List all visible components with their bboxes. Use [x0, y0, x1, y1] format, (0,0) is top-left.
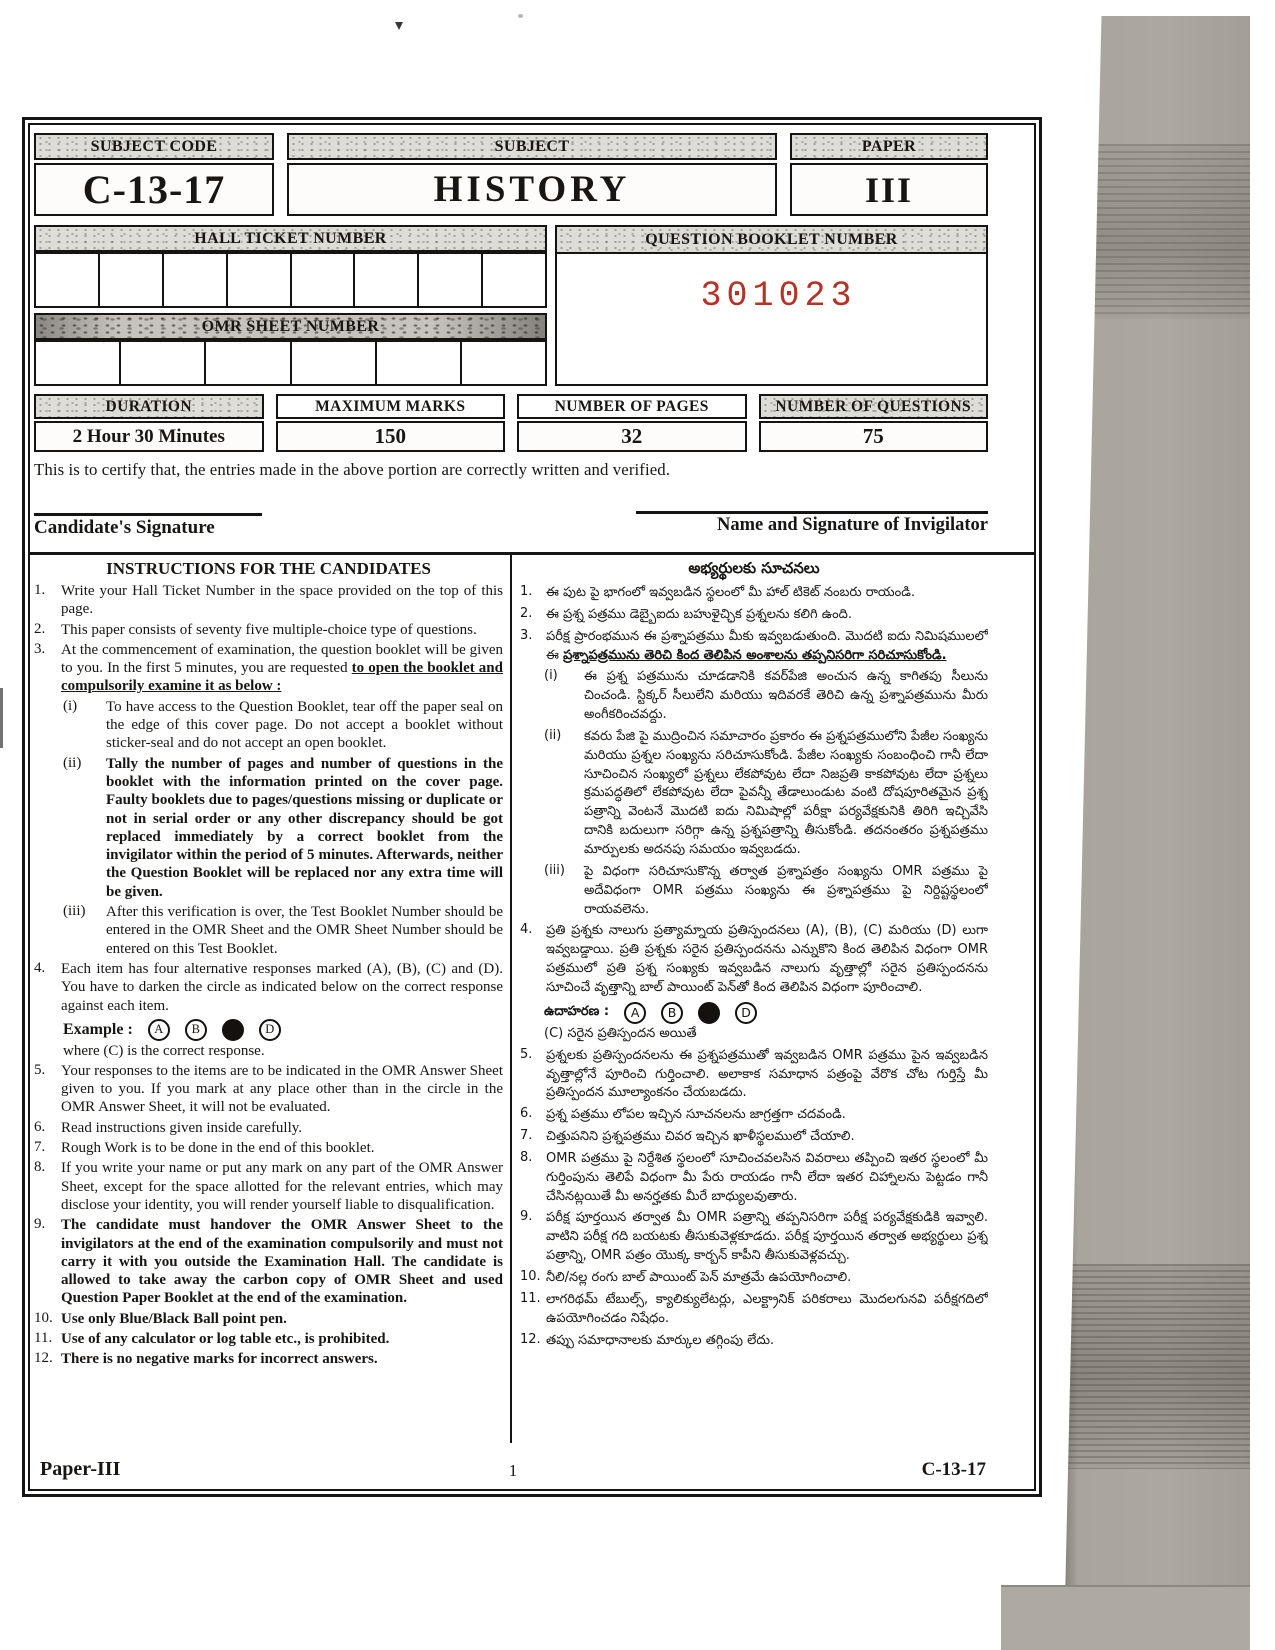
hall-ticket-cells — [34, 252, 547, 308]
instruction-text: పరీక్ష ప్రారంభమున ఈ ప్రశ్నాపత్రము మీకు ఇ… — [546, 628, 988, 666]
instruction-text: Your responses to the items are to be in… — [61, 1062, 503, 1117]
question-booklet-column: QUESTION BOOKLET NUMBER 301023 — [555, 225, 988, 386]
invigilator-signature-label: Name and Signature of Invigilator — [717, 515, 988, 536]
meta-value: 32 — [517, 421, 747, 452]
omr-sheet-cell — [206, 342, 291, 384]
instruction-number: 2. — [34, 621, 61, 639]
subject-value: HISTORY — [287, 163, 777, 216]
instruction-number: 7. — [520, 1128, 546, 1147]
instruction-item: 12.There is no negative marks for incorr… — [34, 1350, 503, 1368]
instructions-english-column: INSTRUCTIONS FOR THE CANDIDATES 1.Write … — [34, 555, 512, 1443]
response-circle: D — [735, 1002, 757, 1024]
hall-ticket-cell — [292, 254, 356, 306]
instruction-subtext: కవరు పేజి పై ముద్రించిన సమాచారం ప్రకారం … — [584, 728, 988, 860]
instruction-number: 12. — [34, 1350, 61, 1368]
meta-label: NUMBER OF PAGES — [517, 394, 747, 419]
instruction-item: 7.చిత్తుపనిని ప్రశ్నపత్రము చివర ఇచ్చిన ఖ… — [520, 1128, 988, 1147]
example-row: Example :ABD — [34, 1019, 503, 1041]
instruction-subtext: After this verification is over, the Tes… — [106, 903, 503, 958]
instruction-item: 11.లాగరిథమ్ టేబుల్స్, క్యాలిక్యులేటర్లు,… — [520, 1291, 988, 1329]
instruction-item: 6.Read instructions given inside careful… — [34, 1119, 503, 1137]
response-circle: A — [148, 1019, 170, 1041]
scanned-page-edge — [1062, 16, 1250, 1650]
omr-sheet-cell — [36, 342, 121, 384]
instructions-english-list: 1.Write your Hall Ticket Number in the s… — [34, 582, 503, 1369]
footer-subject-code: C-13-17 — [671, 1459, 986, 1481]
instruction-number: 4. — [34, 960, 61, 1015]
instruction-item: 1.Write your Hall Ticket Number in the s… — [34, 582, 503, 619]
cover-page-inner: SUBJECT CODE C-13-17 SUBJECT HISTORY PAP… — [28, 123, 1036, 1491]
example-label: ఉదాహరణ : — [544, 1004, 609, 1022]
omr-sheet-cell — [462, 342, 545, 384]
instruction-subitem: (i)ఈ ప్రశ్న పత్రమును చూడడానికి కవర్‌పేజి… — [520, 668, 988, 725]
instruction-item: 9.The candidate must handover the OMR An… — [34, 1216, 503, 1307]
hall-ticket-cell — [164, 254, 228, 306]
instruction-text: ప్రశ్నలకు ప్రతిస్పందనలను ఈ ప్రశ్నపత్రముత… — [546, 1047, 988, 1104]
instruction-item: 1.ఈ పుట పై భాగంలో ఇవ్వబడిన స్థలంలో మీ హా… — [520, 584, 988, 603]
instruction-text: ఈ ప్రశ్న పత్రము డెబ్బైఐదు బహుళైచ్ఛిక ప్ర… — [546, 606, 988, 625]
instruction-text: Rough Work is to be done in the end of t… — [61, 1139, 503, 1157]
omr-sheet-cells — [34, 340, 547, 386]
cover-page-frame: SUBJECT CODE C-13-17 SUBJECT HISTORY PAP… — [22, 117, 1042, 1497]
instructions-telugu-title: అభ్యర్థులకు సూచనలు — [520, 559, 988, 581]
omr-sheet-label: OMR SHEET NUMBER — [34, 313, 547, 340]
instruction-item: 8.If you write your name or put any mark… — [34, 1159, 503, 1214]
question-booklet-label: QUESTION BOOKLET NUMBER — [557, 227, 986, 254]
instruction-text: తప్పు సమాధానాలకు మార్కుల తగ్గింపు లేదు. — [546, 1332, 988, 1351]
response-circle: B — [661, 1002, 683, 1024]
instruction-number: 5. — [520, 1047, 546, 1104]
instruction-number: 8. — [520, 1150, 546, 1207]
example-row: ఉదాహరణ :ABD — [520, 1002, 988, 1024]
instruction-item: 6.ప్రశ్న పత్రము లోపల ఇచ్చిన సూచనలను జాగ్… — [520, 1106, 988, 1125]
subject-label: SUBJECT — [287, 133, 777, 160]
meta-label: MAXIMUM MARKS — [276, 394, 506, 419]
instruction-number: 6. — [520, 1106, 546, 1125]
meta-value: 2 Hour 30 Minutes — [34, 421, 264, 452]
example-note: (C) సరైన ప్రతిస్పందన అయితే — [520, 1026, 988, 1044]
meta-label: NUMBER OF QUESTIONS — [759, 394, 989, 419]
instruction-text: There is no negative marks for incorrect… — [61, 1350, 503, 1368]
ticket-row: HALL TICKET NUMBER OMR SHEET NUMBER QUES… — [34, 225, 988, 386]
instruction-item: 10.Use only Blue/Black Ball point pen. — [34, 1310, 503, 1328]
instructions-telugu-list: 1.ఈ పుట పై భాగంలో ఇవ్వబడిన స్థలంలో మీ హా… — [520, 584, 988, 1350]
instruction-number: 1. — [34, 582, 61, 619]
instruction-text: If you write your name or put any mark o… — [61, 1159, 503, 1214]
meta-row: DURATION2 Hour 30 MinutesMAXIMUM MARKS15… — [34, 394, 988, 452]
signature-row: Candidate's Signature Name and Signature… — [34, 480, 988, 552]
footer-page-number: 1 — [355, 1461, 670, 1481]
instruction-text: ఈ పుట పై భాగంలో ఇవ్వబడిన స్థలంలో మీ హాల్… — [546, 584, 988, 603]
instruction-item: 4.Each item has four alternative respons… — [34, 960, 503, 1015]
candidate-signature-line — [34, 513, 262, 516]
instruction-number: 11. — [520, 1291, 546, 1329]
instruction-number: 12. — [520, 1332, 546, 1351]
page-bottom-shadow — [1001, 1585, 1250, 1650]
question-booklet-number-area: 301023 — [557, 254, 986, 384]
instruction-item: 11.Use of any calculator or log table et… — [34, 1330, 503, 1348]
instruction-subtext: పై విధంగా సరిచూసుకొన్న తర్వాత ప్రశ్నాపత్… — [584, 863, 988, 920]
instruction-subnumber: (iii) — [544, 863, 584, 920]
hall-ticket-label: HALL TICKET NUMBER — [34, 225, 547, 252]
instruction-number: 8. — [34, 1159, 61, 1214]
meta-value: 75 — [759, 421, 989, 452]
hall-ticket-cell — [228, 254, 292, 306]
question-booklet-number-stamp: 301023 — [700, 276, 856, 316]
instruction-subitem: (iii)పై విధంగా సరిచూసుకొన్న తర్వాత ప్రశ్… — [520, 863, 988, 920]
meta-box: DURATION2 Hour 30 Minutes — [34, 394, 264, 452]
instruction-number: 5. — [34, 1062, 61, 1117]
instruction-text: At the commencement of examination, the … — [61, 641, 503, 696]
meta-label: DURATION — [34, 394, 264, 419]
instructions-telugu-column: అభ్యర్థులకు సూచనలు 1.ఈ పుట పై భాగంలో ఇవ్… — [512, 555, 988, 1443]
subject-code-label: SUBJECT CODE — [34, 133, 274, 160]
instructions-section: INSTRUCTIONS FOR THE CANDIDATES 1.Write … — [34, 555, 988, 1443]
instruction-item: 5.ప్రశ్నలకు ప్రతిస్పందనలను ఈ ప్రశ్నపత్రమ… — [520, 1047, 988, 1104]
paper-box: PAPER III — [790, 133, 988, 216]
question-booklet-box: QUESTION BOOKLET NUMBER 301023 — [555, 225, 988, 386]
instruction-text: పరీక్ష పూర్తయిన తర్వాత మీ OMR పత్రాన్ని … — [546, 1209, 988, 1266]
instruction-item: 5.Your responses to the items are to be … — [34, 1062, 503, 1117]
meta-box: NUMBER OF QUESTIONS75 — [759, 394, 989, 452]
instruction-number: 10. — [520, 1269, 546, 1288]
instruction-subnumber: (i) — [63, 698, 106, 753]
candidate-signature-label: Candidate's Signature — [34, 517, 215, 539]
instruction-subtext: ఈ ప్రశ్న పత్రమును చూడడానికి కవర్‌పేజి అం… — [584, 668, 988, 725]
instruction-text: చిత్తుపనిని ప్రశ్నపత్రము చివర ఇచ్చిన ఖాళ… — [546, 1128, 988, 1147]
hall-ticket-cell — [483, 254, 545, 306]
scan-artifact-mark — [395, 22, 403, 30]
instruction-number: 9. — [34, 1216, 61, 1307]
omr-sheet-cell — [121, 342, 206, 384]
instructions-english-title: INSTRUCTIONS FOR THE CANDIDATES — [34, 559, 503, 579]
instruction-item: 3.పరీక్ష ప్రారంభమున ఈ ప్రశ్నాపత్రము మీకు… — [520, 628, 988, 666]
example-label: Example : — [63, 1021, 133, 1039]
instruction-subtext: Tally the number of pages and number of … — [106, 755, 503, 901]
footer-row: Paper-III 1 C-13-17 — [34, 1443, 988, 1483]
subject-box: SUBJECT HISTORY — [287, 133, 777, 216]
instruction-text: This paper consists of seventy five mult… — [61, 621, 503, 639]
meta-box: MAXIMUM MARKS150 — [276, 394, 506, 452]
instruction-item: 2.This paper consists of seventy five mu… — [34, 621, 503, 639]
invigilator-signature-line — [636, 511, 988, 514]
scan-artifact-dot — [518, 14, 523, 18]
instruction-text: నీలి/నల్ల రంగు బాల్ పాయింట్ పెన్ మాత్రమే… — [546, 1269, 988, 1288]
filled-response-circle — [698, 1002, 720, 1024]
meta-box: NUMBER OF PAGES32 — [517, 394, 747, 452]
instruction-number: 2. — [520, 606, 546, 625]
instruction-number: 6. — [34, 1119, 61, 1137]
paper-label: PAPER — [790, 133, 988, 160]
instruction-subnumber: (iii) — [63, 903, 106, 958]
instruction-text: Read instructions given inside carefully… — [61, 1119, 503, 1137]
instruction-number: 7. — [34, 1139, 61, 1157]
instruction-item: 3.At the commencement of examination, th… — [34, 641, 503, 696]
instruction-number: 10. — [34, 1310, 61, 1328]
instruction-text: ప్రశ్న పత్రము లోపల ఇచ్చిన సూచనలను జాగ్రత… — [546, 1106, 988, 1125]
response-circle: D — [259, 1019, 281, 1041]
instruction-number: 4. — [520, 922, 546, 997]
omr-sheet-cell — [292, 342, 377, 384]
instruction-number: 1. — [520, 584, 546, 603]
instruction-subitem: (iii)After this verification is over, th… — [34, 903, 503, 958]
instruction-item: 2.ఈ ప్రశ్న పత్రము డెబ్బైఐదు బహుళైచ్ఛిక ప… — [520, 606, 988, 625]
instruction-item: 9.పరీక్ష పూర్తయిన తర్వాత మీ OMR పత్రాన్న… — [520, 1209, 988, 1266]
example-note: where (C) is the correct response. — [34, 1043, 503, 1060]
instruction-item: 10.నీలి/నల్ల రంగు బాల్ పాయింట్ పెన్ మాత్… — [520, 1269, 988, 1288]
response-circle: B — [185, 1019, 207, 1041]
instruction-subitem: (ii)కవరు పేజి పై ముద్రించిన సమాచారం ప్రక… — [520, 728, 988, 860]
instruction-number: 3. — [34, 641, 61, 696]
instruction-number: 9. — [520, 1209, 546, 1266]
footer-paper-label: Paper-III — [40, 1458, 355, 1481]
scan-edge-sliver — [0, 688, 3, 748]
certification-line: This is to certify that, the entries mad… — [34, 460, 988, 480]
response-circle: A — [624, 1002, 646, 1024]
instruction-text: Each item has four alternative responses… — [61, 960, 503, 1015]
ticket-column: HALL TICKET NUMBER OMR SHEET NUMBER — [34, 225, 547, 386]
meta-value: 150 — [276, 421, 506, 452]
instruction-item: 8.OMR పత్రము పై నిర్దేశిత స్థలంలో సూచించ… — [520, 1150, 988, 1207]
omr-sheet-cell — [377, 342, 462, 384]
instruction-subitem: (ii)Tally the number of pages and number… — [34, 755, 503, 901]
instruction-text: The candidate must handover the OMR Answ… — [61, 1216, 503, 1307]
hall-ticket-cell — [36, 254, 100, 306]
page-stack-streaks — [1062, 144, 1250, 319]
page-stack-streaks — [1062, 1264, 1250, 1469]
instruction-item: 12.తప్పు సమాధానాలకు మార్కుల తగ్గింపు లేద… — [520, 1332, 988, 1351]
instruction-number: 11. — [34, 1330, 61, 1348]
instruction-text: Use of any calculator or log table etc.,… — [61, 1330, 503, 1348]
filled-response-circle — [222, 1019, 244, 1041]
hall-ticket-cell — [419, 254, 483, 306]
instruction-subtext: To have access to the Question Booklet, … — [106, 698, 503, 753]
instruction-subnumber: (ii) — [544, 728, 584, 860]
instruction-item: 4.ప్రతి ప్రశ్నకు నాలుగు ప్రత్యామ్నాయ ప్ర… — [520, 922, 988, 997]
instruction-text: OMR పత్రము పై నిర్దేశిత స్థలంలో సూచించవల… — [546, 1150, 988, 1207]
instruction-text: లాగరిథమ్ టేబుల్స్, క్యాలిక్యులేటర్లు, ఎల… — [546, 1291, 988, 1329]
hall-ticket-cell — [100, 254, 164, 306]
subject-code-value: C-13-17 — [34, 163, 274, 216]
instruction-text: Write your Hall Ticket Number in the spa… — [61, 582, 503, 619]
instruction-item: 7.Rough Work is to be done in the end of… — [34, 1139, 503, 1157]
instruction-subnumber: (ii) — [63, 755, 106, 901]
subject-code-box: SUBJECT CODE C-13-17 — [34, 133, 274, 216]
instruction-text: ప్రతి ప్రశ్నకు నాలుగు ప్రత్యామ్నాయ ప్రతి… — [546, 922, 988, 997]
instruction-subnumber: (i) — [544, 668, 584, 725]
instruction-subitem: (i)To have access to the Question Bookle… — [34, 698, 503, 753]
instruction-text: Use only Blue/Black Ball point pen. — [61, 1310, 503, 1328]
paper-value: III — [790, 163, 988, 216]
instruction-number: 3. — [520, 628, 546, 666]
header-row: SUBJECT CODE C-13-17 SUBJECT HISTORY PAP… — [34, 133, 988, 216]
hall-ticket-cell — [355, 254, 419, 306]
